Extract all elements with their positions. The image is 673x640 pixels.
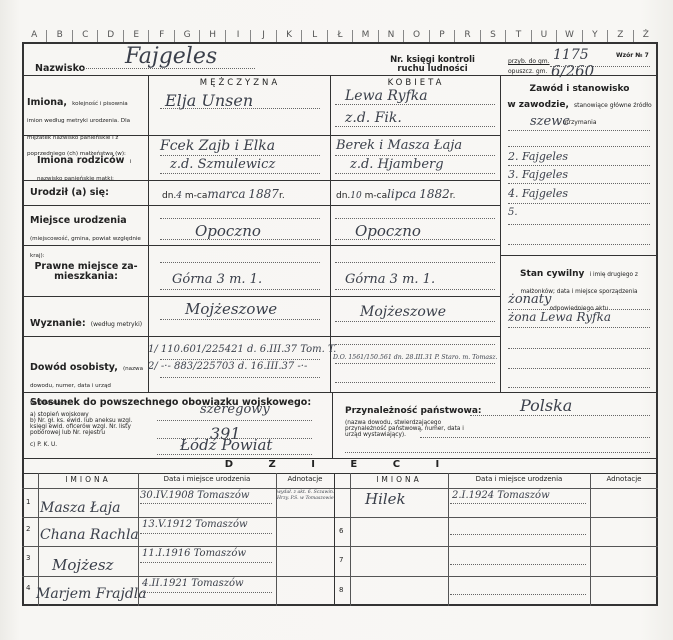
civil-status-line2: żona Lewa Ryfka bbox=[508, 310, 611, 324]
parents-label: Imiona rodziców i nazwisko panieńskie ma… bbox=[37, 150, 147, 184]
man-id-line1: 1/ 110.601/225421 d. 6.III.37 Tom. T. bbox=[148, 344, 336, 355]
alpha-letter: W bbox=[557, 30, 582, 42]
dots bbox=[450, 594, 586, 595]
alpha-letter: O bbox=[404, 30, 429, 42]
man-parents-line1: Fcek Zajb i Elka bbox=[160, 138, 275, 154]
dots bbox=[335, 289, 495, 290]
entry-3: 3. Fajgeles bbox=[508, 168, 568, 181]
child-number: 7 bbox=[339, 557, 343, 564]
child-number: 2 bbox=[26, 526, 30, 533]
dots bbox=[335, 321, 495, 322]
alpha-letter: B bbox=[47, 30, 72, 42]
row-divider bbox=[22, 336, 500, 337]
dots bbox=[160, 377, 320, 378]
alpha-letter: I bbox=[226, 30, 251, 42]
alpha-letter: S bbox=[481, 30, 506, 42]
alpha-letter: Ż bbox=[634, 30, 658, 42]
alphabet-index: A B C D E F G H I J K L Ł M N O P R S T … bbox=[22, 30, 658, 42]
dots bbox=[160, 173, 320, 174]
civil-status-line1: żonaty bbox=[508, 292, 551, 307]
man-parents-line2: z.d. Szmulewicz bbox=[170, 157, 275, 172]
child-birth: 13.V.1912 Tomaszów bbox=[142, 519, 248, 530]
dots bbox=[335, 382, 495, 383]
row-divider bbox=[22, 576, 658, 577]
residence-label: Prawne miejsce za- mieszkania: bbox=[24, 262, 148, 282]
woman-parents-line1: Berek i Masza Łaja bbox=[336, 138, 462, 153]
dots bbox=[508, 224, 650, 225]
child-birth: 4.II.1921 Tomaszów bbox=[142, 578, 244, 589]
military-pku-value: Łódź Powiat bbox=[180, 436, 272, 454]
alpha-letter: A bbox=[22, 30, 47, 42]
dots bbox=[140, 503, 272, 504]
woman-maiden-value: z.d. Fik. bbox=[345, 110, 402, 126]
alpha-letter: Y bbox=[583, 30, 608, 42]
children-col-names: IMIONA bbox=[38, 476, 138, 484]
dots bbox=[160, 108, 320, 109]
alpha-letter: R bbox=[455, 30, 480, 42]
man-residence-value: Górna 3 m. 1. bbox=[172, 272, 262, 287]
dots bbox=[160, 262, 320, 263]
military-items: a) stopień wojskowy b) Nr. gł. ks. ewid.… bbox=[30, 412, 145, 448]
child-number: 8 bbox=[339, 587, 343, 594]
man-religion-value: Mojżeszowe bbox=[185, 300, 277, 318]
dots bbox=[508, 203, 650, 204]
registration-card: A B C D E F G H I J K L Ł M N O P R S T … bbox=[0, 0, 673, 640]
dots bbox=[157, 454, 312, 455]
col-divider bbox=[350, 473, 351, 606]
child-name: Chana Rachla bbox=[40, 527, 139, 543]
child-birth: 11.I.1916 Tomaszów bbox=[142, 548, 246, 559]
military-rank-value: szeregowy bbox=[200, 402, 270, 417]
row-divider bbox=[22, 205, 500, 206]
dots bbox=[508, 244, 650, 245]
children-col-notes: Adnotacje bbox=[590, 476, 658, 483]
row-divider bbox=[22, 546, 658, 547]
child-name: Mojżesz bbox=[52, 556, 113, 574]
surname-value: Fajgeles bbox=[125, 44, 217, 69]
dots bbox=[508, 387, 650, 388]
entry-2: 2. Fajgeles bbox=[508, 150, 568, 163]
man-id-line2: 2/ -·- 883/225703 d. 16.III.37 -·- bbox=[148, 361, 307, 372]
entry-5: 5. bbox=[508, 207, 518, 218]
col-divider bbox=[590, 473, 591, 606]
dots bbox=[450, 534, 586, 535]
entry-4: 4. Fajgeles bbox=[508, 187, 568, 200]
child-name: Marjem Frajdla bbox=[36, 586, 147, 602]
alpha-letter: F bbox=[149, 30, 174, 42]
alpha-letter: T bbox=[506, 30, 531, 42]
child-number: 6 bbox=[339, 528, 343, 535]
row-divider bbox=[22, 517, 658, 518]
woman-names-value: Lewa Ryfka bbox=[345, 88, 428, 104]
child-number: 3 bbox=[26, 555, 30, 562]
col-divider bbox=[332, 392, 333, 458]
alpha-letter: D bbox=[98, 30, 123, 42]
dots bbox=[508, 183, 650, 184]
dots bbox=[508, 165, 650, 166]
citizenship-value: Polska bbox=[520, 396, 572, 415]
dots bbox=[508, 130, 650, 131]
dots bbox=[335, 239, 495, 240]
man-birthplace-value: Opoczno bbox=[195, 222, 261, 240]
dots bbox=[420, 437, 650, 438]
woman-column-header: KOBIETA bbox=[332, 79, 500, 88]
child-name: Hilek bbox=[365, 490, 406, 508]
woman-birthplace-value: Opoczno bbox=[355, 222, 421, 240]
child-number: 1 bbox=[26, 499, 30, 506]
dots bbox=[508, 368, 650, 369]
dots bbox=[335, 262, 495, 263]
alpha-letter: K bbox=[277, 30, 302, 42]
dots bbox=[470, 415, 650, 416]
child-number: 4 bbox=[26, 585, 30, 592]
dots bbox=[345, 452, 650, 453]
dots bbox=[335, 363, 495, 364]
children-col-notes: Adnotacje bbox=[276, 476, 334, 483]
man-column-header: MĘŻCZYZNA bbox=[150, 79, 330, 88]
alpha-letter: U bbox=[532, 30, 557, 42]
alpha-letter: G bbox=[175, 30, 200, 42]
man-born-field: dn.4 m-camarca 1887r. bbox=[162, 188, 327, 201]
children-col-birth: Data i miejsce urodzenia bbox=[448, 476, 590, 483]
row-divider bbox=[22, 473, 658, 474]
alpha-letter: L bbox=[302, 30, 327, 42]
birthplace-label: Miejsce urodzenia (miejscowość, gmina, p… bbox=[30, 210, 145, 260]
dots bbox=[335, 155, 495, 156]
dots bbox=[508, 348, 650, 349]
row-divider bbox=[22, 296, 500, 297]
born-label: Urodził (a) się: bbox=[30, 188, 109, 198]
dots bbox=[335, 218, 495, 219]
occupation-label: Zawód i stanowisko w zawodzie, stanowiąc… bbox=[502, 85, 657, 128]
children-col-birth: Data i miejsce urodzenia bbox=[138, 476, 276, 483]
dots bbox=[160, 319, 320, 320]
dots bbox=[508, 146, 650, 147]
dots bbox=[160, 289, 320, 290]
alpha-letter: Ł bbox=[328, 30, 353, 42]
ledger-label: Nr. księgi kontroli ruchu ludności bbox=[380, 56, 485, 74]
arrival-value: 1175 bbox=[553, 47, 589, 63]
dots bbox=[160, 359, 320, 360]
alpha-letter: H bbox=[200, 30, 225, 42]
woman-id-value: D.O. 1561/150.561 dn. 28.III.31 P. Staro… bbox=[333, 354, 498, 361]
departure-value: 6/260 bbox=[551, 62, 594, 80]
row-divider bbox=[22, 488, 658, 489]
children-col-names: IMIONA bbox=[350, 476, 448, 484]
col-divider bbox=[448, 473, 449, 606]
dots bbox=[160, 155, 320, 156]
dots bbox=[508, 327, 650, 328]
dots bbox=[335, 126, 495, 127]
col-divider bbox=[500, 75, 501, 392]
surname-label: Nazwisko bbox=[35, 58, 85, 75]
dots bbox=[335, 344, 495, 345]
occupation-value: szewc bbox=[530, 114, 570, 129]
woman-born-field: dn.10 m-calipca 1882r. bbox=[336, 188, 496, 201]
dots bbox=[140, 533, 272, 534]
dots bbox=[140, 592, 272, 593]
woman-parents-line2: z.d. Hjamberg bbox=[350, 157, 444, 172]
row-divider bbox=[22, 75, 658, 76]
dots bbox=[160, 218, 320, 219]
arrival-label: przyb. do gm. bbox=[508, 59, 550, 65]
form-model-label: Wzór № 7 bbox=[616, 53, 649, 59]
arrival-dots bbox=[550, 66, 650, 67]
child-birth: 30.IV.1908 Tomaszów bbox=[140, 490, 249, 501]
alpha-letter: C bbox=[73, 30, 98, 42]
dots bbox=[450, 564, 586, 565]
dots bbox=[157, 420, 312, 421]
child-note: wydał. z akt. 6. Sczawin. Hrzy. P.S. w T… bbox=[277, 490, 335, 502]
dots bbox=[450, 503, 586, 504]
alpha-letter: E bbox=[124, 30, 149, 42]
alpha-letter: Z bbox=[608, 30, 633, 42]
children-section-title: D Z I E C I bbox=[22, 460, 658, 471]
alpha-letter: N bbox=[379, 30, 404, 42]
dots bbox=[335, 104, 495, 105]
alpha-letter: P bbox=[430, 30, 455, 42]
citizenship-note: (nazwa dowodu, stwierdzającego przynależ… bbox=[345, 420, 475, 438]
religion-label: Wyznanie: (według metryki) bbox=[30, 313, 142, 330]
dots bbox=[140, 562, 272, 563]
dots bbox=[335, 173, 495, 174]
alpha-letter: J bbox=[251, 30, 276, 42]
woman-religion-value: Mojżeszowe bbox=[360, 304, 446, 320]
woman-residence-value: Górna 3 m. 1. bbox=[345, 272, 435, 287]
child-birth: 2.I.1924 Tomaszów bbox=[452, 490, 550, 501]
child-name: Masza Łaja bbox=[40, 500, 120, 516]
alpha-letter: M bbox=[353, 30, 378, 42]
row-divider bbox=[500, 255, 658, 256]
dots bbox=[160, 239, 320, 240]
citizenship-label: Przynależność państwowa: bbox=[345, 407, 482, 416]
